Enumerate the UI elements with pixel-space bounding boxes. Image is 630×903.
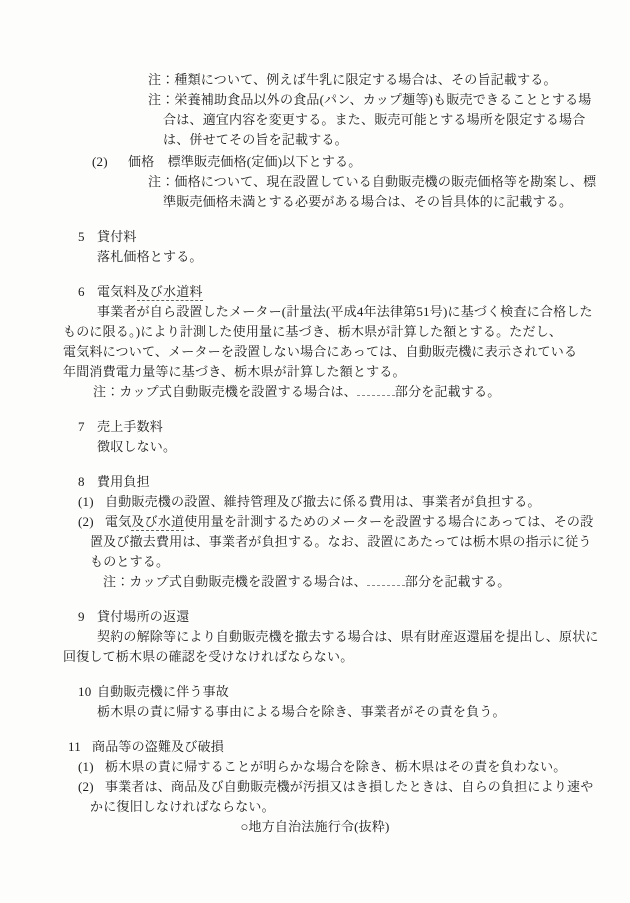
text-line: かに復旧しなければならない。: [0, 797, 630, 817]
text-line: 準販売価格未満とする必要がある場合は、その旨具体的に記載する。: [0, 192, 630, 212]
text-segment: 事業者が自ら設置したメーター(計量法(平成4年法律第51号)に基づく検査に合格し…: [97, 304, 593, 319]
text-line: 8費用負担: [0, 472, 630, 492]
text-line: 7売上手数料: [0, 417, 630, 437]
text-line: 注：カップ式自動販売機を設置する場合は、部分を記載する。: [0, 382, 630, 402]
text-segment: 注：カップ式自動販売機を設置する場合は、: [93, 384, 357, 399]
item-marker: 6: [78, 282, 97, 302]
text-line: 注：種類について、例えば牛乳に限定する場合は、その旨記載する。: [0, 70, 630, 90]
text-segment: 合は、適宜内容を変更する。また、販売可能とする場所を限定する場合: [163, 112, 585, 127]
text-segment: 売上手数料: [97, 419, 163, 434]
text-line: 注：価格について、現在設置している自動販売機の販売価格等を勘案し、標: [0, 172, 630, 192]
text-segment: 年間消費電力量等に基づき、栃木県が計算した額とする。: [63, 364, 406, 379]
text-segment: 回復して栃木県の確認を受けなければならない。: [63, 649, 353, 664]
text-segment: 注：価格について、現在設置している自動販売機の販売価格等を勘案し、標: [148, 174, 596, 189]
text-segment: 栃木県の責に帰する事由による場合を除き、事業者がその責を負う。: [97, 704, 506, 719]
text-segment: 注：栄養補助食品以外の食品(パン、カップ麺等)も販売できることとする場: [148, 92, 592, 107]
text-segment: 注：種類について、例えば牛乳に限定する場合は、その旨記載する。: [148, 72, 557, 87]
text-segment: 契約の解除等により自動販売機を撤去する場合は、県有財産返還届を提出し、原状に: [97, 629, 599, 644]
item-marker: 9: [78, 607, 97, 627]
text-segment: 電気料: [97, 284, 137, 299]
item-marker: 7: [78, 417, 97, 437]
text-line: ものとする。: [0, 552, 630, 572]
text-line: 11商品等の盗難及び破損: [0, 737, 630, 757]
text-segment: 置及び撤去費用は、事業者が負担する。なお、設置にあたっては栃木県の指示に従う: [90, 534, 592, 549]
text-line: 回復して栃木県の確認を受けなければならない。: [0, 647, 630, 667]
text-segment: 電気: [105, 514, 131, 529]
text-line: 6電気料及び水道料: [0, 282, 630, 302]
fill-in-blank: [367, 573, 405, 586]
text-segment: ものとする。: [90, 554, 169, 569]
text-line: 契約の解除等により自動販売機を撤去する場合は、県有財産返還届を提出し、原状に: [0, 627, 630, 647]
text-line: 5貸付料: [0, 227, 630, 247]
text-line: ○地方自治法施行令(抜粋): [0, 817, 630, 837]
text-line: (2)事業者は、商品及び自動販売機が汚損又はき損したときは、自らの負担により速や: [0, 777, 630, 797]
text-line: 注：カップ式自動販売機を設置する場合は、部分を記載する。: [0, 572, 630, 592]
text-line: 注：栄養補助食品以外の食品(パン、カップ麺等)も販売できることとする場: [0, 90, 630, 110]
text-line: 10自動販売機に伴う事故: [0, 682, 630, 702]
text-segment: 自動販売機の設置、維持管理及び撤去に係る費用は、事業者が負担する。: [105, 494, 541, 509]
text-segment: 事業者は、商品及び自動販売機が汚損又はき損したときは、自らの負担により速や: [105, 779, 593, 794]
text-line: (1)栃木県の責に帰することが明らかな場合を除き、栃木県はその責を負わない。: [0, 757, 630, 777]
text-segment: 費用負担: [97, 474, 150, 489]
text-segment: 商品等の盗難及び破損: [92, 739, 224, 754]
item-marker: 8: [78, 472, 97, 492]
text-line: 置及び撤去費用は、事業者が負担する。なお、設置にあたっては栃木県の指示に従う: [0, 532, 630, 552]
text-segment: 価格 標準販売価格(定価)以下とする。: [128, 154, 361, 169]
text-line: 電気料について、メーターを設置しない場合にあっては、自動販売機に表示されている: [0, 342, 630, 362]
document-body: 注：種類について、例えば牛乳に限定する場合は、その旨記載する。注：栄養補助食品以…: [0, 70, 630, 837]
text-line: 徴収しない。: [0, 437, 630, 457]
item-marker: (1): [78, 757, 105, 777]
text-segment: 部分を記載する。: [395, 384, 501, 399]
text-line: 落札価格とする。: [0, 247, 630, 267]
text-line: (1)自動販売機の設置、維持管理及び撤去に係る費用は、事業者が負担する。: [0, 492, 630, 512]
text-segment: 準販売価格未満とする必要がある場合は、その旨具体的に記載する。: [163, 194, 572, 209]
fill-in-blank: [357, 383, 395, 396]
text-line: 事業者が自ら設置したメーター(計量法(平成4年法律第51号)に基づく検査に合格し…: [0, 302, 630, 322]
item-marker: 11: [68, 737, 92, 757]
text-segment: 使用量を計測するためのメーターを設置する場合にあっては、その設: [184, 514, 593, 529]
document-page: 注：種類について、例えば牛乳に限定する場合は、その旨記載する。注：栄養補助食品以…: [0, 0, 630, 903]
item-marker: (2): [78, 512, 105, 532]
text-line: 年間消費電力量等に基づき、栃木県が計算した額とする。: [0, 362, 630, 382]
item-marker: 5: [78, 227, 97, 247]
text-segment: 栃木県の責に帰することが明らかな場合を除き、栃木県はその責を負わない。: [105, 759, 566, 774]
text-segment: 自動販売機に伴う事故: [97, 684, 229, 699]
text-segment: 徴収しない。: [97, 439, 176, 454]
text-segment: 貸付場所の返還: [97, 609, 189, 624]
item-marker: (1): [78, 492, 105, 512]
underlined-text: 及び水道料: [137, 284, 203, 301]
text-segment: 部分を記載する。: [405, 574, 511, 589]
text-segment: ○地方自治法施行令(抜粋): [240, 819, 389, 834]
text-segment: 貸付料: [97, 229, 137, 244]
text-line: 栃木県の責に帰する事由による場合を除き、事業者がその責を負う。: [0, 702, 630, 722]
text-segment: は、併せてその旨を記載する。: [163, 132, 348, 147]
underlined-text: 及び水道: [131, 514, 184, 531]
item-marker: 10: [78, 682, 97, 702]
text-line: (2)価格 標準販売価格(定価)以下とする。: [0, 152, 630, 172]
text-segment: 電気料について、メーターを設置しない場合にあっては、自動販売機に表示されている: [63, 344, 577, 359]
text-line: は、併せてその旨を記載する。: [0, 130, 630, 150]
text-segment: かに復旧しなければならない。: [90, 799, 275, 814]
text-line: 合は、適宜内容を変更する。また、販売可能とする場所を限定する場合: [0, 110, 630, 130]
text-line: ものに限る。)により計測した使用量に基づき、栃木県が計算した額とする。ただし、: [0, 322, 630, 342]
text-segment: ものに限る。)により計測した使用量に基づき、栃木県が計算した額とする。ただし、: [63, 324, 562, 339]
item-marker: (2): [78, 777, 105, 797]
text-line: 9貸付場所の返還: [0, 607, 630, 627]
item-marker: (2): [92, 152, 128, 172]
text-line: (2)電気及び水道使用量を計測するためのメーターを設置する場合にあっては、その設: [0, 512, 630, 532]
text-segment: 落札価格とする。: [97, 249, 203, 264]
text-segment: 注：カップ式自動販売機を設置する場合は、: [103, 574, 367, 589]
